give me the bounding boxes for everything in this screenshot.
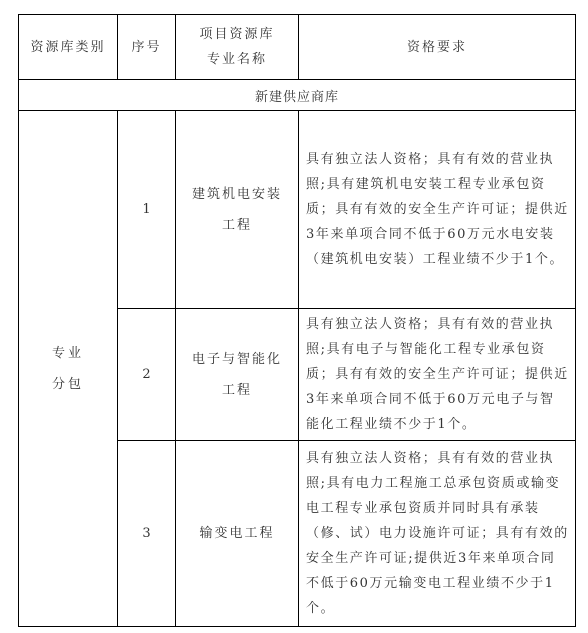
- seq-cell: 1: [118, 111, 176, 309]
- header-name-line2: 专业名称: [176, 47, 298, 72]
- name-line2: 工程: [182, 210, 292, 241]
- header-category: 资源库类别: [19, 15, 118, 80]
- category-line1: 专业: [19, 338, 117, 369]
- header-seq: 序号: [118, 15, 176, 80]
- name-line1: 输变电工程: [182, 518, 292, 549]
- requirement-cell: 具有独立法人资格；具有有效的营业执照;具有建筑机电安装工程专业承包资质；具有有效…: [299, 111, 576, 309]
- requirement-cell: 具有独立法人资格；具有有效的营业执照;具有电子与智能化工程专业承包资质；具有有效…: [299, 309, 576, 441]
- name-cell: 输变电工程: [176, 441, 299, 627]
- category-cell: 专业 分包: [19, 111, 118, 627]
- name-cell: 电子与智能化 工程: [176, 309, 299, 441]
- name-line1: 电子与智能化: [182, 344, 292, 375]
- header-row: 资源库类别 序号 项目资源库 专业名称 资格要求: [19, 15, 576, 80]
- seq-cell: 3: [118, 441, 176, 627]
- header-name: 项目资源库 专业名称: [176, 15, 299, 80]
- section-title: 新建供应商库: [19, 80, 576, 111]
- name-line1: 建筑机电安装: [182, 179, 292, 210]
- name-line2: 工程: [182, 375, 292, 406]
- table-row: 专业 分包 1 建筑机电安装 工程 具有独立法人资格；具有有效的营业执照;具有建…: [19, 111, 576, 309]
- category-line2: 分包: [19, 369, 117, 400]
- qualification-table: 资源库类别 序号 项目资源库 专业名称 资格要求 新建供应商库 专业 分包 1 …: [18, 14, 576, 627]
- name-cell: 建筑机电安装 工程: [176, 111, 299, 309]
- header-name-line1: 项目资源库: [176, 22, 298, 47]
- section-row: 新建供应商库: [19, 80, 576, 111]
- header-requirements: 资格要求: [299, 15, 576, 80]
- requirement-cell: 具有独立法人资格；具有有效的营业执照;具有电力工程施工总承包资质或输变电工程专业…: [299, 441, 576, 627]
- seq-cell: 2: [118, 309, 176, 441]
